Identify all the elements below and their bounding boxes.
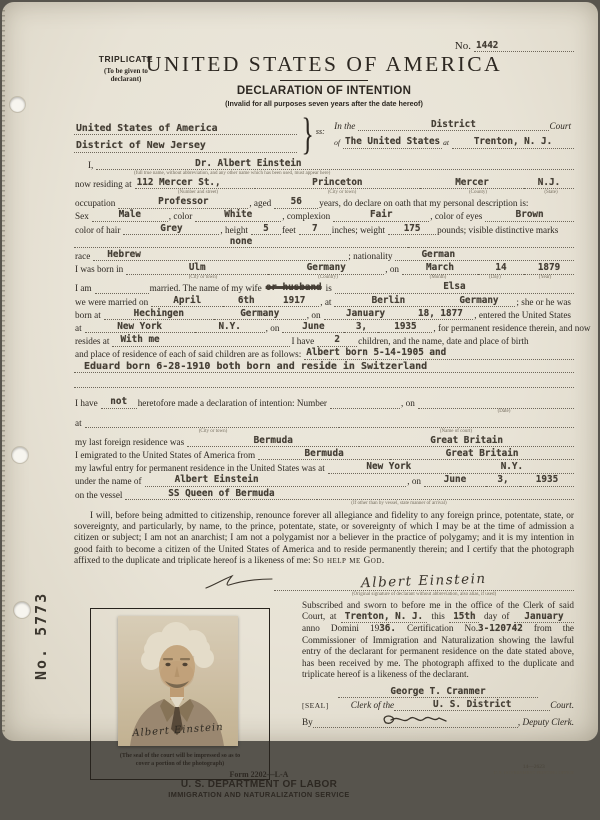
row-under-name: under the name of Albert Einstein , on J… [74,475,574,486]
court-word: Court. [550,700,574,711]
typed-entry-state: N.Y. [195,322,265,333]
row-spouse-entry: at New York N.Y. , on June 3, 1935 , for… [74,322,574,333]
is-label: is [325,283,335,293]
row-emigrated: I emigrated to the United States of Amer… [74,449,574,460]
vessel-sublabel-row: (If other than by vessel, state manner o… [74,501,574,507]
blank-court [339,417,574,428]
blank-number [330,397,400,408]
clerk-of-label: Clerk of the [351,700,394,711]
height-label: , height [219,225,251,235]
typed-feet: 5 [251,224,281,235]
certification-label: Certification No. [407,623,478,633]
blank-fill [317,489,574,500]
row-foreign-residence: my last foreign residence was Bermuda Gr… [74,436,574,447]
row-born: I was born in Ulm Germany , on March 14 … [74,263,574,274]
weight-label: pounds; visible distinctive marks [436,225,574,235]
residing-sublabels: (Number and street) (City or town) (Coun… [74,190,574,196]
typed-plaintiff: United States of America [74,124,297,135]
oath-paragraph: I will, before being admitted to citizen… [74,511,574,567]
row-married: I am married. The name of my wife or hus… [74,282,574,293]
typed-clerk-year: 36. [379,623,396,634]
month-sublabel: (Month) [402,275,474,281]
form-number-line: No. 1442 [454,40,574,52]
emigrated-label: I emigrated to the United States of Amer… [74,450,258,460]
description-label: years, do declare on oath that my person… [318,198,531,208]
complexion-label: , complexion [281,211,333,221]
typed-birth-day: 14 [478,263,524,274]
clerk-attestation: Subscribed and sworn to before me in the… [302,600,574,728]
state-sublabel: (State) [528,190,574,196]
typed-arrival-month: June [424,475,486,486]
typed-city: Princeton [255,178,420,189]
number-street-sublabel: (Number and street) [140,190,256,196]
typed-arrival-year: 1935 [520,475,574,486]
typed-nationality: German [395,250,574,261]
by-label: By [302,717,313,728]
vessel-sublabel: (If other than by vessel, state manner o… [224,501,574,507]
married-label: married. The name of my wife [149,283,265,293]
typed-race: Hebrew [93,250,347,261]
wed-at-label: , at [319,297,334,307]
typed-clerk-month: January [514,612,574,623]
entry-at-label: at [74,323,85,333]
entry-on-label: , on [265,323,283,333]
eyes-label: , color of eyes [429,211,485,221]
so-help-me-god: So help me God. [313,556,385,566]
blank-date [418,397,574,408]
resides-label: resides at [74,336,112,346]
typed-age: 56 [274,197,318,208]
punch-hole [12,447,28,463]
form-subtitle-note: (Invalid for all purposes seven years af… [74,99,574,108]
court-caption-right: In the District Court of The United Stat… [329,118,574,153]
country-sublabel: (Country) [272,275,384,281]
typed-court-type: District [358,120,548,131]
feet-label: feet [281,225,299,235]
form-header: TRIPLICATE (To be given to declarant) No… [74,40,574,112]
typed-form-number: 1442 [474,40,574,52]
typed-wed-year: 1917 [269,296,319,307]
typed-declarant-name: Dr. Albert Einstein [96,159,400,170]
punch-hole [14,602,30,618]
typed-complexion: Fair [333,210,429,221]
color-label: , color [168,211,195,221]
married-blank [95,282,149,293]
i-label: I, [74,160,96,170]
court-word: Court [549,121,574,131]
typed-entry-day: 3, [344,322,378,333]
typed-court-of: The United States [343,137,442,148]
triplicate-note: declarant) [74,75,178,83]
typed-child-1: Albert born 5-14-1905 and [304,348,574,359]
typed-emigrated-country: Great Britain [390,449,574,460]
prior-declaration-section: I have not heretofore made a declaration… [74,397,574,506]
i-am-label: I am [74,283,95,293]
typed-district: District of New Jersey [74,141,297,152]
declarant-section: I, Dr. Albert Einstein (full true name, … [74,159,574,389]
day-of-label: day of [484,611,509,621]
typed-entry-port: New York [328,462,450,473]
in-the-label: In the [333,121,358,131]
i-have-label: I have [74,398,101,408]
hair-label: color of hair [74,225,123,235]
blank-fill [74,377,574,388]
typed-wed-day: 6th [223,296,269,307]
city-sublabel: (City or town) [256,190,428,196]
form-content: TRIPLICATE (To be given to declarant) No… [74,40,574,743]
typed-address: 112 Mercer St., [135,178,255,189]
at-label: at [74,418,85,428]
born-on-label: , on [384,264,402,274]
name-note: (full true name, without abbreviation, a… [134,171,330,177]
typed-birth-city: Ulm [126,263,268,274]
declarant-signature: Albert Einstein [361,571,487,591]
typed-birth-month: March [402,263,478,274]
typed-arrival-day: 3, [486,475,520,486]
signature-note: (Original signature of declarant without… [274,592,574,598]
typed-inches: 7 [299,224,331,235]
row-blank [74,377,574,388]
deputy-row: By , Deputy Clerk. [302,713,574,728]
on-label: , on [406,476,424,486]
residing-label: now residing at [74,179,135,189]
declaration-number-label: heretofore made a declaration of intenti… [137,398,330,408]
typed-certification-no: 3-120742 [478,623,523,634]
row-sex-color: Sex Male , color White , complexion Fair… [74,210,574,221]
clerk-name-row: George T. Cranmer [302,687,574,698]
typed-occupation: Professor [118,197,248,208]
triplicate-block: TRIPLICATE (To be given to declarant) [74,49,178,83]
typed-entry-month: June [282,322,344,333]
bottom-section: Albert Einstein (The seal of the court w… [74,600,574,743]
typed-spouse-name: Elsa [335,282,574,293]
typed-clerk-name: George T. Cranmer [338,687,538,698]
nationality-label: ; nationality [347,251,395,261]
name-note-row: (full true name, without abbreviation, a… [74,171,574,177]
permanent-residence-label: , for permanent residence therein, and n… [432,323,593,333]
of-label: of [333,138,343,148]
brace-glyph: } [301,110,313,161]
signature-row: Albert Einstein [74,572,574,591]
typed-residence-country: Great Britain [359,436,574,447]
clerk-title-row: [SEAL] Clerk of the U. S. District Court… [302,700,574,711]
punch-hole [10,97,25,112]
typed-wed-city: Berlin [334,296,442,307]
lawful-entry-label: my lawful entry for permanent residence … [74,463,328,473]
row-marks: none [74,237,574,248]
typed-entry-city: New York [85,322,195,333]
typed-children-count: 2 [317,335,357,346]
typed-not: not [101,397,137,408]
occupation-label: occupation [74,198,118,208]
race-label: race [74,251,93,261]
typed-spouse-birth-city: Hechingen [104,309,214,320]
typed-spouse-birth-date: 18, 1877 [408,309,474,320]
typed-residence: Bermuda [187,436,359,447]
typed-resides: With me [112,335,290,346]
row-residing: now residing at 112 Mercer St., Princeto… [74,178,574,189]
typed-wed-country: Germany [442,296,515,307]
typed-spouse-birth-country: Germany [214,309,306,320]
typed-entry-port-state: N.Y. [450,462,574,473]
court-sublabel: (Name of court) [338,429,574,435]
blank-fill [408,237,574,248]
vessel-label: on the vessel [74,490,125,500]
row-occupation: occupation Professor , aged 56 years, do… [74,197,574,208]
triplicate-note: (To be given to [74,67,178,75]
typed-county: Mercer [420,178,524,189]
row-race: race Hebrew ; nationality German [74,250,574,261]
typed-emigrated-from: Bermuda [258,449,390,460]
residence-label: my last foreign residence was [74,437,187,447]
row-children: and place of residence of each of said c… [74,348,574,359]
city-sublabel: (City or town) [134,275,272,281]
date-sublabel-row: (Date) [74,409,574,415]
typed-court-place: Trenton, N. J. [452,137,574,148]
typed-clerk-day: 15th [449,612,479,623]
vertical-file-number-stamp: No. 5773 [32,592,50,680]
blank-city [85,417,339,428]
caption-brace: } ss: [297,118,329,153]
typed-marks: none [74,237,408,248]
typed-sex: Male [92,210,168,221]
seal-label: [SEAL] [302,700,329,711]
row-spouse-born: born at Hechingen Germany , on January 1… [74,309,574,320]
married-on-label: we were married on [74,297,151,307]
typed-weight: 175 [388,224,436,235]
typed-state: N.J. [524,178,574,189]
typed-wed-month: April [151,296,223,307]
declarant-signature-line: Albert Einstein [274,572,574,591]
day-sublabel: (Day) [474,275,516,281]
county-sublabel: (County) [428,190,528,196]
inches-label: inches; weight [331,225,388,235]
typed-vessel: SS Queen of Bermuda [125,489,317,500]
spouse-born-on-label: , on [306,310,324,320]
typed-court-name: U. S. District [394,700,550,711]
typed-entry-year: 1935 [378,322,432,333]
born-label: I was born in [74,264,126,274]
or-husband-struck: or husband [265,283,325,293]
photo-frame: Albert Einstein (The seal of the court w… [90,608,270,743]
document-paper: No. 5773 TRIPLICATE (To be given to decl… [2,2,598,741]
date-sublabel: (Date) [434,409,574,415]
this-label: this [432,611,445,621]
on-label: , on [400,398,418,408]
row-prior-at: at [74,417,574,428]
typed-hair: Grey [123,224,219,235]
typed-birth-year: 1879 [524,263,574,274]
anno-domini-label: anno Domini 19 [302,623,379,633]
court-caption-left: United States of America District of New… [74,118,297,153]
deputy-clerk-signature [378,713,452,728]
row-no-prior: I have not heretofore made a declaration… [74,397,574,408]
row-wedding: we were married on April 6th 1917 , at B… [74,296,574,307]
row-children-2: Eduard born 6-28-1910 both born and resi… [74,362,574,373]
pen-flourish [204,573,274,591]
she-or-he-label: ; she or he was [515,297,574,307]
form-subtitle: DECLARATION OF INTENTION [74,85,574,97]
year-sublabel: (Year) [516,275,574,281]
typed-entry-name: Albert Einstein [145,475,407,486]
typed-color: White [195,210,281,221]
ss-label: ss: [316,127,325,136]
sex-label: Sex [74,211,92,221]
children-label: children, and the name, date and place o… [357,336,574,346]
title-rule [280,80,368,81]
row-name: I, Dr. Albert Einstein [74,159,574,170]
children-follow-label: and place of residence of each of said c… [74,349,304,359]
i-have-label: I have [290,336,317,346]
under-name-label: under the name of [74,476,145,486]
court-line-2: of The United States at Trenton, N. J. [333,137,574,148]
no-label: No. [454,40,474,52]
court-line-1: In the District Court [333,120,574,131]
triplicate-label: TRIPLICATE [99,54,153,64]
court-caption: United States of America District of New… [74,118,574,153]
blank-fill [400,159,574,170]
aged-label: , aged [248,198,274,208]
row-hair-height: color of hair Grey , height 5 feet 7 inc… [74,224,574,235]
typed-birth-country: Germany [268,263,384,274]
typed-eyes: Brown [485,210,574,221]
entered-us-label: , entered the United States [473,310,574,320]
signature-note-row: (Original signature of declarant without… [74,592,574,598]
at-label: at [442,138,452,148]
perforated-edge [2,10,5,733]
typed-clerk-place: Trenton, N. J. [341,612,427,623]
row-lawful-entry: my lawful entry for permanent residence … [74,462,574,473]
row-vessel: on the vessel SS Queen of Bermuda [74,489,574,500]
prior-at-sublabels: (City or town) (Name of court) [74,429,574,435]
spouse-born-label: born at [74,310,104,320]
deputy-signature-line [313,713,518,728]
born-sublabels: (City or town) (Country) (Month) (Day) (… [74,275,574,281]
typed-child-2: Eduard born 6-28-1910 both born and resi… [74,362,574,373]
city-sublabel: (City or town) [88,429,338,435]
typed-spouse-birth-month: January [324,309,408,320]
row-resides: resides at With me I have 2 children, an… [74,335,574,346]
deputy-clerk-label: , Deputy Clerk. [518,717,574,728]
